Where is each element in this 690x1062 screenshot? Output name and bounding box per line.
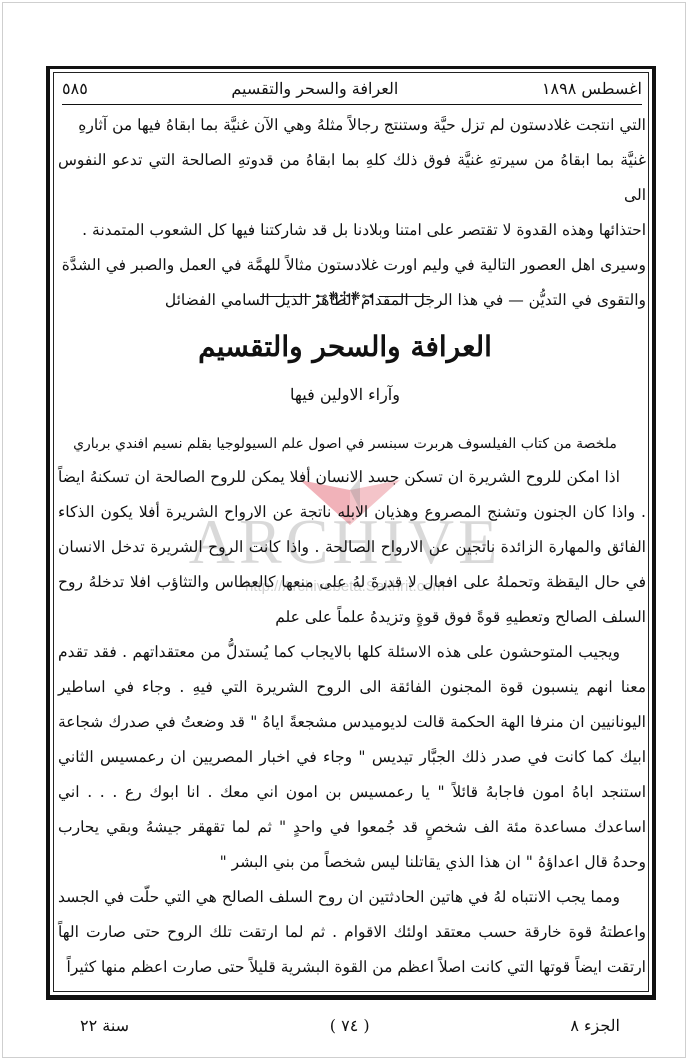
running-header: اغسطس ١٨٩٨ العرافة والسحر والتقسيم ٥٨٥ (62, 74, 642, 102)
article-subtitle: وآراء الاولين فيها (0, 385, 690, 404)
article-byline: ملخصة من كتاب الفيلسوف هربرت سبنسر في اص… (0, 436, 690, 452)
article-paragraph: اذا امكن للروح الشريرة ان تسكن جسد الانس… (58, 460, 646, 635)
section-ornament: ⊷❋✢❋⊶ (260, 287, 430, 305)
ornament-flourish-icon: ⊷❋✢❋⊶ (311, 289, 378, 303)
article-paragraph: ويجيب المتوحشون على هذه الاسئلة كلها بال… (58, 635, 646, 880)
intro-line: احتذائها وهذه القدوة لا تقتصر على امتنا … (58, 213, 646, 248)
header-page-number: ٥٨٥ (62, 79, 88, 98)
article-body: اذا امكن للروح الشريرة ان تسكن جسد الانس… (58, 460, 646, 985)
footer-issue: الجزء ٨ (570, 1016, 620, 1035)
ornament-line-left (260, 296, 311, 297)
page-footer: الجزء ٨ ( ٧٤ ) سنة ٢٢ (80, 1010, 620, 1040)
footer-page-in-issue: ( ٧٤ ) (330, 1016, 370, 1035)
ornament-line-right (379, 296, 430, 297)
intro-line: غنيَّة بما ابقاهُ من سيرتهِ غنيَّة فوق ذ… (58, 143, 646, 213)
header-running-title: العرافة والسحر والتقسيم (231, 79, 398, 98)
article-title: العرافة والسحر والتقسيم (0, 330, 690, 363)
header-divider (62, 104, 642, 105)
footer-year: سنة ٢٢ (80, 1016, 129, 1035)
intro-line: وسيرى اهل العصور التالية في وليم اورت غل… (58, 248, 646, 283)
header-date: اغسطس ١٨٩٨ (542, 79, 642, 98)
article-paragraph: ومما يجب الانتباه لهُ في هاتين الحادثتين… (58, 880, 646, 985)
intro-line: التي انتجت غلادستون لم تزل حيَّة وستنتج … (58, 108, 646, 143)
